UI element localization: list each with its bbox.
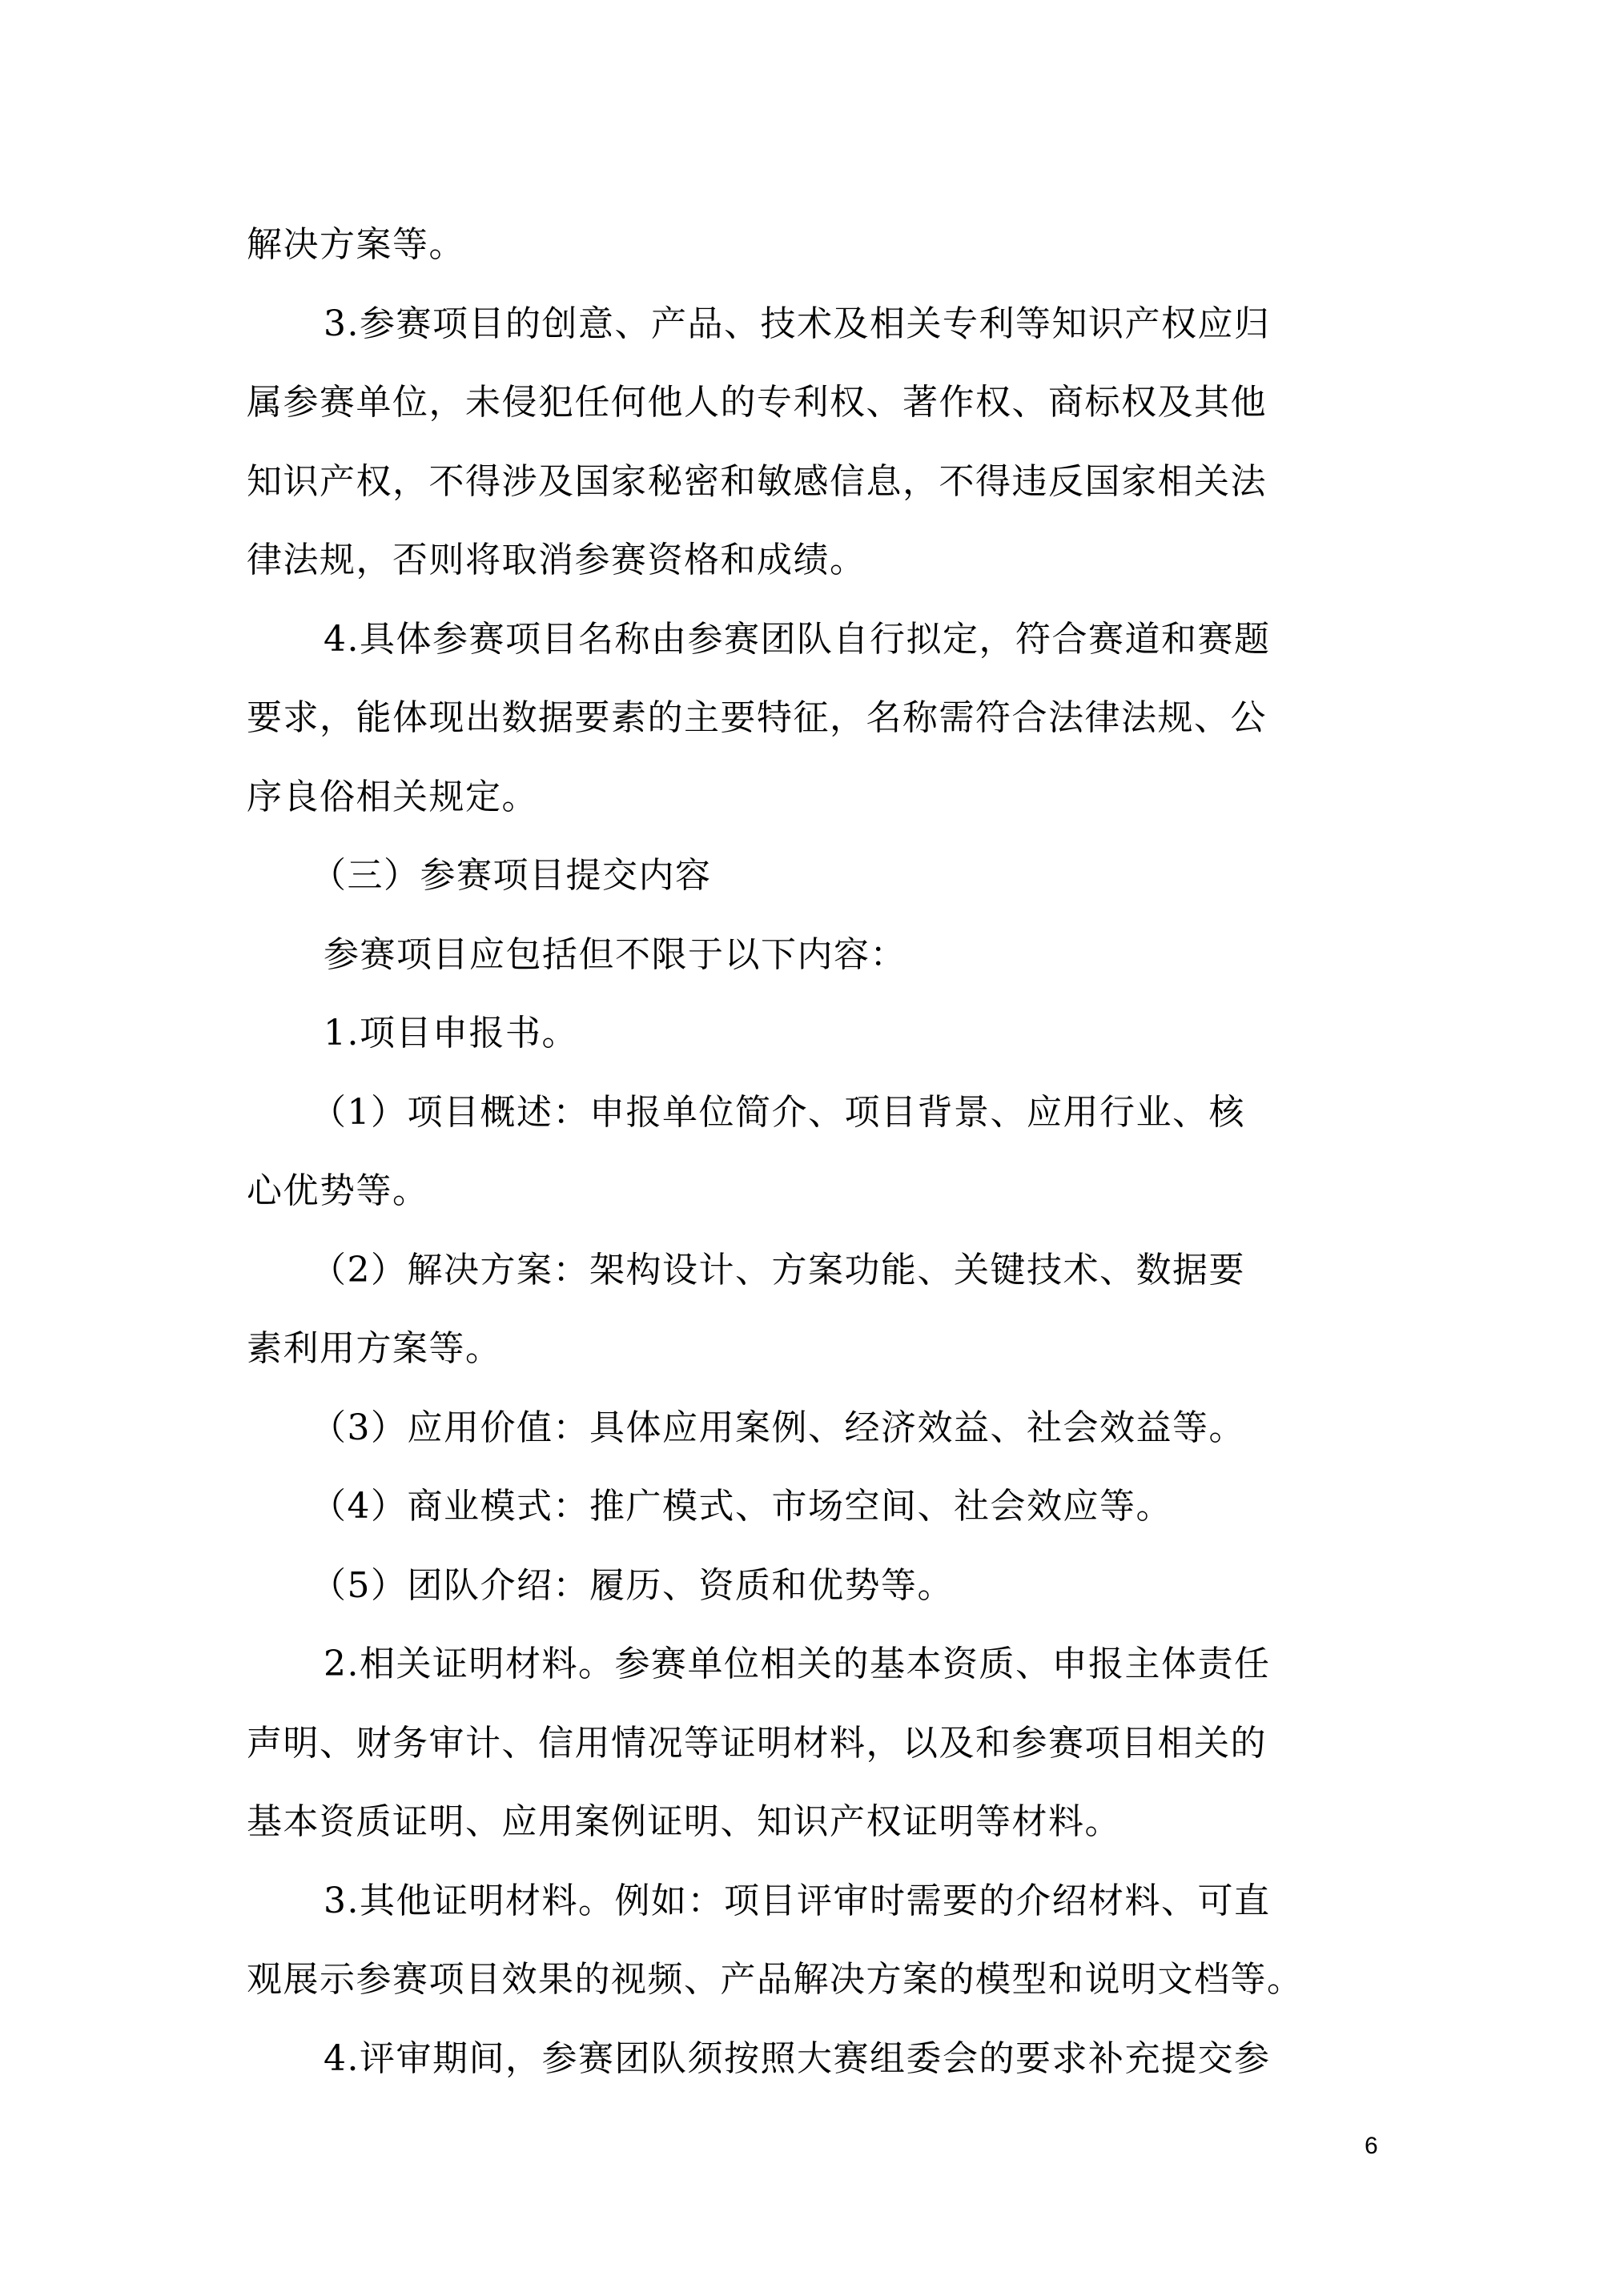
text-line-13: 心优势等。 <box>247 1167 1384 1246</box>
text-line-15: 素利用方案等。 <box>247 1325 1384 1404</box>
text-line-19: 2.相关证明材料。参赛单位相关的基本资质、申报主体责任 <box>247 1640 1384 1720</box>
text-line-1: 解决方案等。 <box>247 221 1384 300</box>
text-line-20: 声明、财务审计、信用情况等证明材料，以及和参赛项目相关的 <box>247 1720 1384 1799</box>
text-line-2: 3.参赛项目的创意、产品、技术及相关专利等知识产权应归 <box>247 300 1384 379</box>
text-line-21: 基本资质证明、应用案例证明、知识产权证明等材料。 <box>247 1798 1384 1877</box>
text-line-7: 要求，能体现出数据要素的主要特征，名称需符合法律法规、公 <box>247 694 1384 773</box>
text-line-14: （2）解决方案：架构设计、方案功能、关键技术、数据要 <box>247 1246 1384 1326</box>
text-line-3: 属参赛单位，未侵犯任何他人的专利权、著作权、商标权及其他 <box>247 379 1384 458</box>
text-line-6: 4.具体参赛项目名称由参赛团队自行拟定，符合赛道和赛题 <box>247 616 1384 695</box>
section-heading: （三）参赛项目提交内容 <box>247 852 1384 931</box>
text-line-17: （4）商业模式：推广模式、市场空间、社会效应等。 <box>247 1483 1384 1562</box>
text-line-8: 序良俗相关规定。 <box>247 773 1384 853</box>
text-line-18: （5）团队介绍：履历、资质和优势等。 <box>247 1562 1384 1641</box>
text-line-5: 律法规，否则将取消参赛资格和成绩。 <box>247 536 1384 616</box>
text-line-10: 参赛项目应包括但不限于以下内容： <box>247 931 1384 1010</box>
body-text: 解决方案等。 3.参赛项目的创意、产品、技术及相关专利等知识产权应归 属参赛单位… <box>247 221 1384 2113</box>
text-line-12: （1）项目概述：申报单位简介、项目背景、应用行业、核 <box>247 1089 1384 1168</box>
text-line-16: （3）应用价值：具体应用案例、经济效益、社会效益等。 <box>247 1404 1384 1483</box>
text-line-23: 观展示参赛项目效果的视频、产品解决方案的模型和说明文档等。 <box>247 1956 1384 2035</box>
text-line-4: 知识产权，不得涉及国家秘密和敏感信息，不得违反国家相关法 <box>247 458 1384 537</box>
text-line-24: 4.评审期间，参赛团队须按照大赛组委会的要求补充提交参 <box>247 2035 1384 2114</box>
text-line-22: 3.其他证明材料。例如：项目评审时需要的介绍材料、可直 <box>247 1877 1384 1957</box>
document-page: 解决方案等。 3.参赛项目的创意、产品、技术及相关专利等知识产权应归 属参赛单位… <box>0 0 1624 2296</box>
page-number: 6 <box>1365 2133 1378 2160</box>
text-line-11: 1.项目申报书。 <box>247 1010 1384 1089</box>
